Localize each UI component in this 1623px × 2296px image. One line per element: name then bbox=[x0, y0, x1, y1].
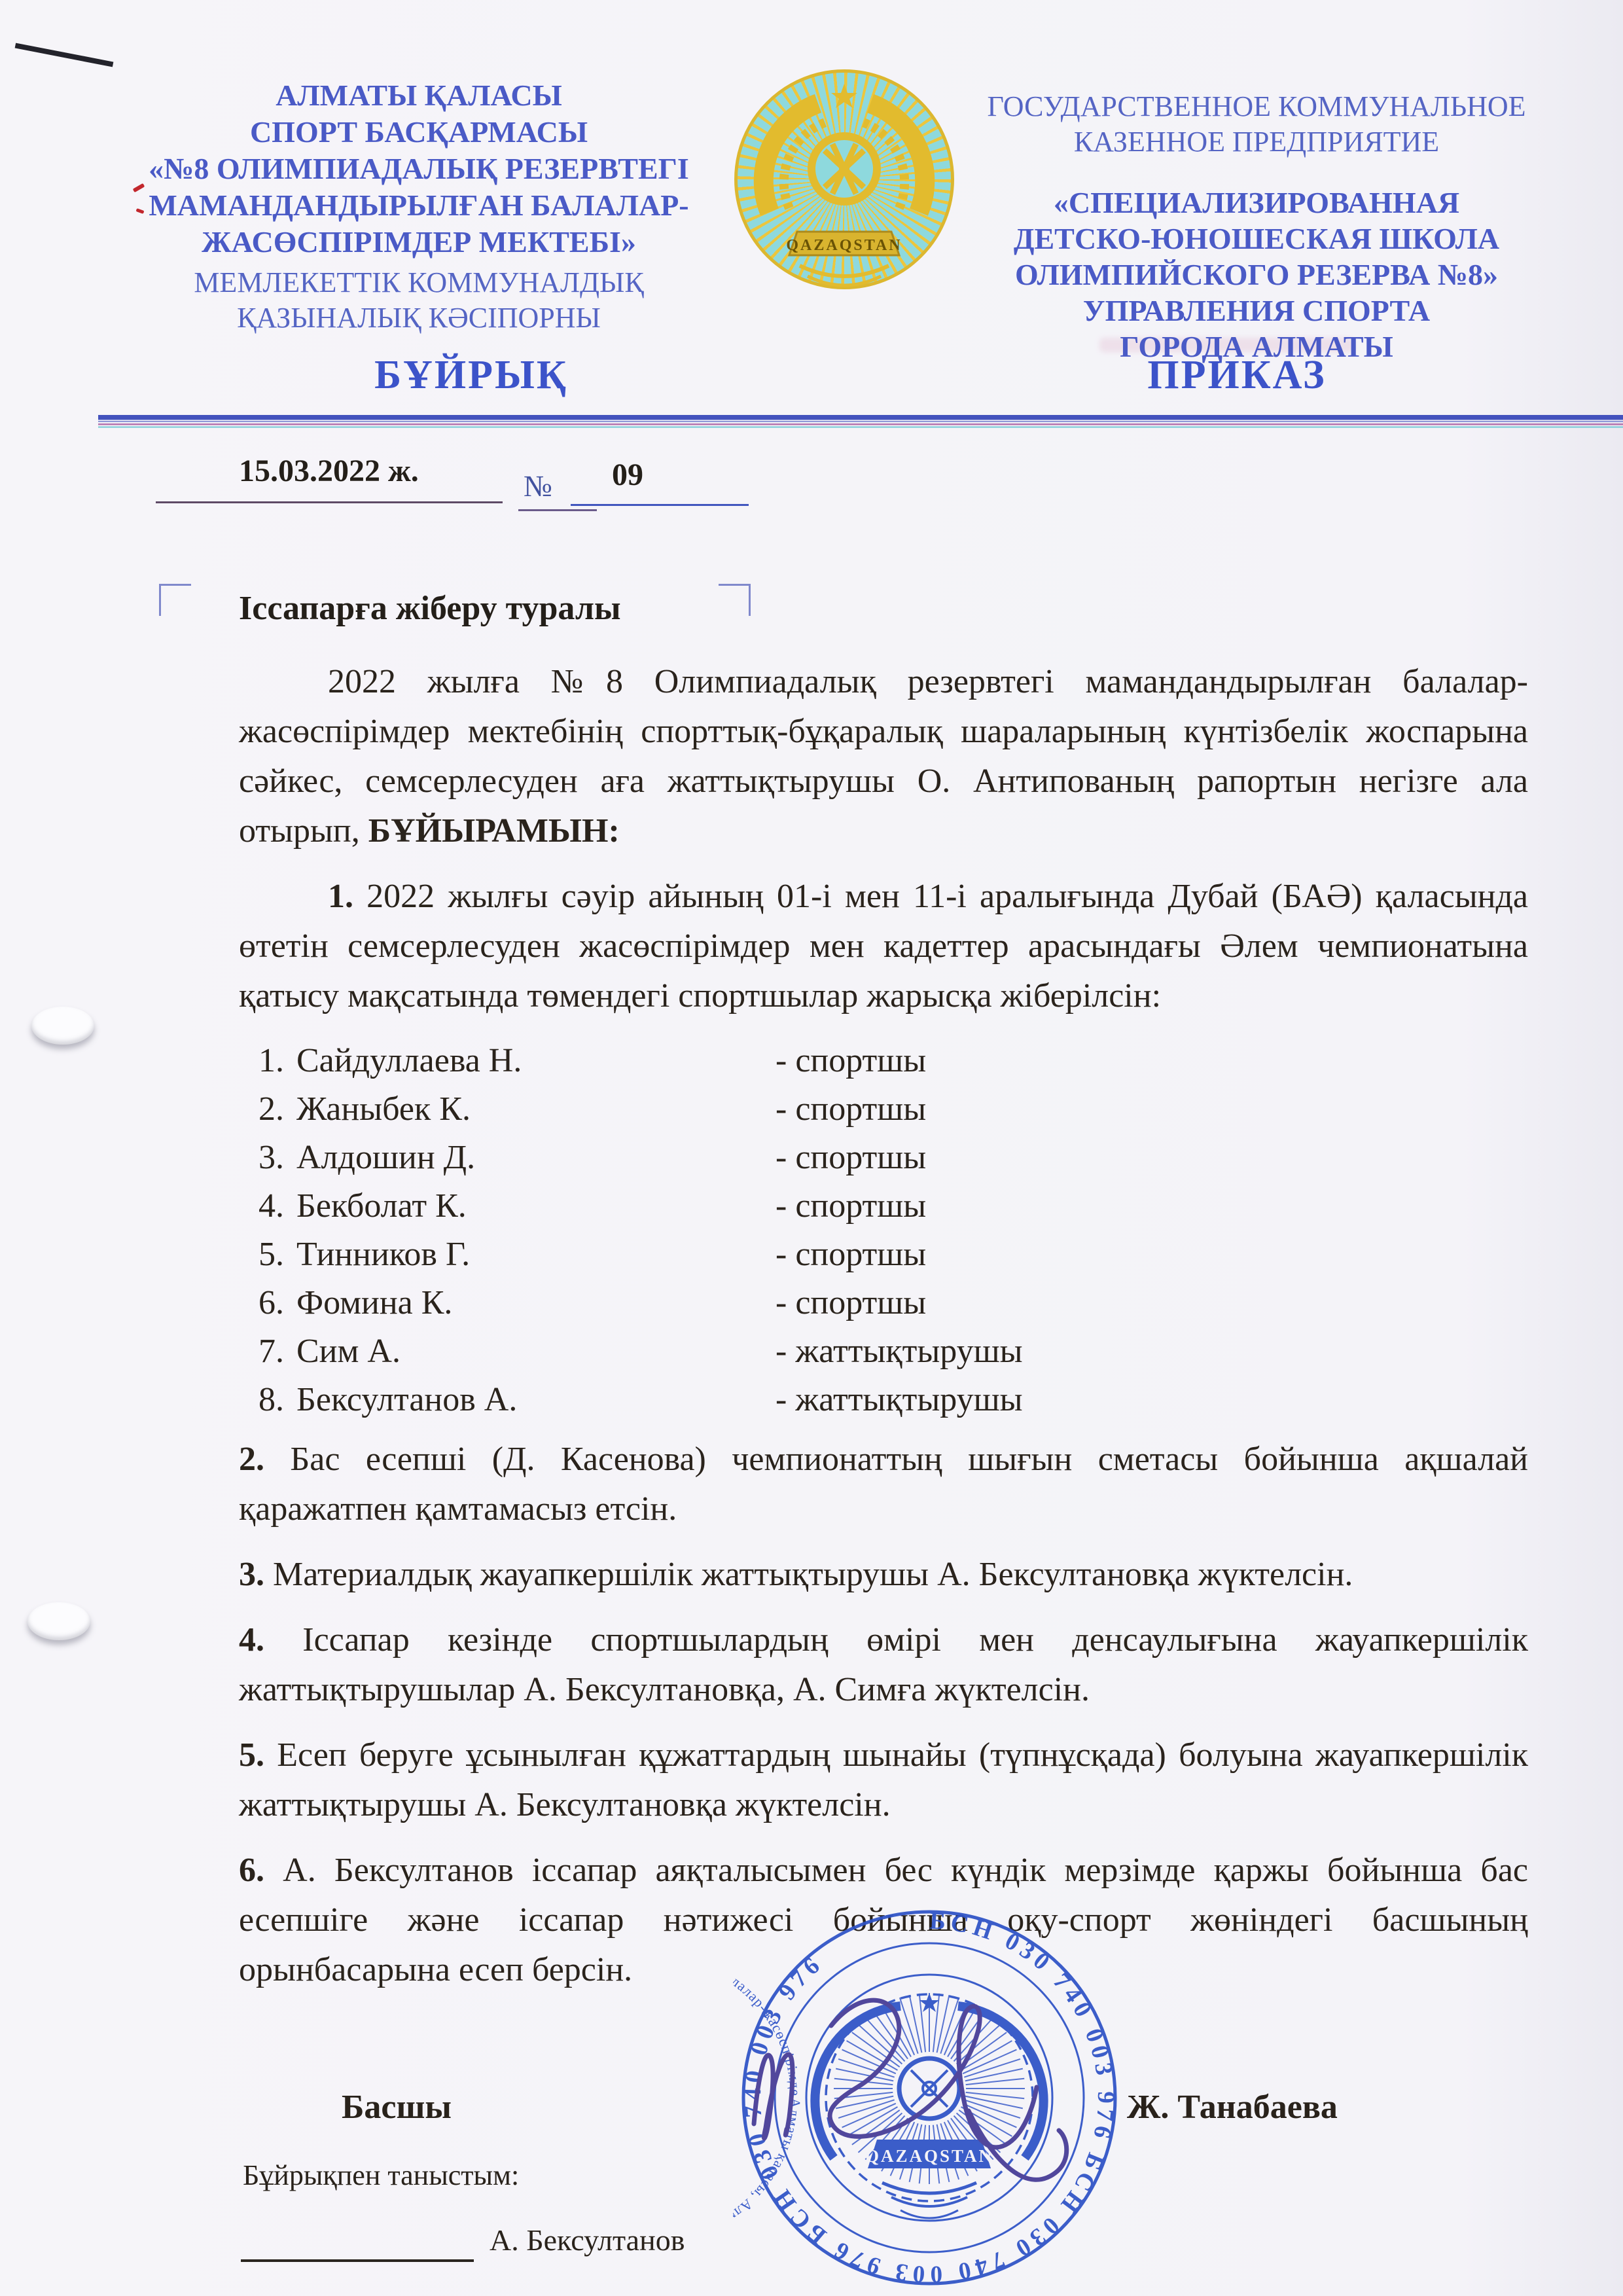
order-word-kazakh: БҰЙРЫҚ bbox=[275, 352, 668, 399]
org-line: «СПЕЦИАЛИЗИРОВАННАЯ bbox=[955, 185, 1558, 221]
signer-position: Басшы bbox=[342, 2088, 452, 2126]
roster-row: 3. Алдошин Д. - спортшы bbox=[259, 1134, 1528, 1182]
roster: 1. Сайдуллаева Н. - спортшы 2. Жаныбек К… bbox=[259, 1037, 1528, 1424]
org-line: СПОРТ БАСҚАРМАСЫ bbox=[124, 114, 713, 151]
clause-3: 3. Материалдық жауапкершілік жаттықтыруш… bbox=[239, 1550, 1528, 1600]
acknowledgement-name: А. Бексултанов bbox=[490, 2223, 685, 2257]
roster-number: 7. bbox=[259, 1327, 296, 1376]
roster-role: - жаттықтырушы bbox=[776, 1376, 1023, 1424]
acknowledgement-label: Бұйрықпен таныстым: bbox=[243, 2159, 519, 2192]
roster-row: 7. Сим А. - жаттықтырушы bbox=[259, 1327, 1528, 1376]
hole-punch bbox=[27, 1602, 90, 1640]
roster-person-name: Сим А. bbox=[296, 1327, 776, 1376]
clause-text: Есеп беруге ұсынылған құжаттардың шынайы… bbox=[239, 1736, 1528, 1823]
clause-4: 4. Іссапар кезінде спортшылардың өмірі м… bbox=[239, 1615, 1528, 1715]
clause-2: 2. Бас есепші (Д. Касенова) чемпионаттың… bbox=[239, 1435, 1528, 1534]
emblem-bottom-ornament bbox=[800, 266, 889, 285]
order-number: 09 bbox=[612, 457, 643, 493]
roster-role: - спортшы bbox=[776, 1134, 926, 1182]
roster-row: 5. Тинников Г. - спортшы bbox=[259, 1230, 1528, 1279]
org-line: ЖАСӨСПІРІМДЕР МЕКТЕБІ» bbox=[124, 224, 713, 260]
acknowledgement-signature-line bbox=[241, 2259, 474, 2262]
org-line: ДЕТСКО-ЮНОШЕСКАЯ ШКОЛА bbox=[955, 221, 1558, 257]
clause-number: 5. bbox=[239, 1736, 264, 1774]
order-date: 15.03.2022 ж. bbox=[239, 453, 419, 489]
clause-text: Іссапар кезінде спортшылардың өмірі мен … bbox=[239, 1621, 1528, 1708]
org-line: МАМАНДАНДЫРЫЛҒАН БАЛАЛАР- bbox=[124, 187, 713, 224]
clause-text: Материалдық жауапкершілік жаттықтырушы А… bbox=[264, 1556, 1353, 1593]
roster-row: 1. Сайдуллаева Н. - спортшы bbox=[259, 1037, 1528, 1085]
roster-role: - жаттықтырушы bbox=[776, 1327, 1023, 1376]
roster-person-name: Сайдуллаева Н. bbox=[296, 1037, 776, 1085]
roster-person-name: Тинников Г. bbox=[296, 1230, 776, 1279]
roster-number: 2. bbox=[259, 1085, 296, 1134]
document-title: Іссапарға жіберу туралы bbox=[239, 589, 621, 628]
roster-number: 1. bbox=[259, 1037, 296, 1085]
emblem-shanyrak bbox=[811, 136, 877, 202]
roster-role: - спортшы bbox=[776, 1037, 926, 1085]
kazakhstan-coat-of-arms: QAZAQSTAN bbox=[734, 69, 954, 289]
hole-punch bbox=[31, 1007, 94, 1045]
roster-number: 4. bbox=[259, 1182, 296, 1230]
roster-person-name: Жаныбек К. bbox=[296, 1085, 776, 1134]
roster-role: - спортшы bbox=[776, 1230, 926, 1279]
letterhead-kazakh-org-name: АЛМАТЫ ҚАЛАСЫ СПОРТ БАСҚАРМАСЫ «№8 ОЛИМП… bbox=[124, 77, 713, 260]
emblem-banner: QAZAQSTAN bbox=[786, 232, 902, 255]
roster-number: 8. bbox=[259, 1376, 296, 1424]
letterhead-kazakh-org-type: МЕМЛЕКЕТТІК КОММУНАЛДЫҚ ҚАЗЫНАЛЫҚ КӘСІПО… bbox=[124, 265, 713, 336]
org-line: «№8 ОЛИМПИАДАЛЫҚ РЕЗЕРВТЕГІ bbox=[124, 151, 713, 187]
roster-number: 6. bbox=[259, 1279, 296, 1327]
order-word-russian: ПРИКАЗ bbox=[1041, 352, 1433, 399]
stamp-banner-text: QAZAQSTAN bbox=[865, 2146, 993, 2166]
roster-person-name: Бексултанов А. bbox=[296, 1376, 776, 1424]
coat-of-arms-graphic: QAZAQSTAN bbox=[734, 69, 954, 289]
org-type-line: ГОСУДАРСТВЕННОЕ КОММУНАЛЬНОЕ bbox=[955, 89, 1558, 124]
roster-row: 2. Жаныбек К. - спортшы bbox=[259, 1085, 1528, 1134]
roster-role: - спортшы bbox=[776, 1085, 926, 1134]
clause-1: 1. 2022 жылғы сәуір айының 01-і мен 11-і… bbox=[239, 872, 1528, 1021]
date-underline bbox=[156, 501, 503, 503]
roster-number: 5. bbox=[259, 1230, 296, 1279]
letterhead-russian-org-name: «СПЕЦИАЛИЗИРОВАННАЯ ДЕТСКО-ЮНОШЕСКАЯ ШКО… bbox=[955, 185, 1558, 365]
roster-person-name: Бекболат К. bbox=[296, 1182, 776, 1230]
clause-number: 4. bbox=[239, 1621, 264, 1659]
org-type-line: КАЗЕННОЕ ПРЕДПРИЯТИЕ bbox=[955, 124, 1558, 160]
crop-mark-right bbox=[719, 584, 751, 616]
roster-number: 3. bbox=[259, 1134, 296, 1182]
clause-number: 1. bbox=[328, 878, 353, 915]
emblem-star-icon bbox=[831, 84, 857, 108]
org-type-line: МЕМЛЕКЕТТІК КОММУНАЛДЫҚ bbox=[124, 265, 713, 300]
org-line: ОЛИМПИЙСКОГО РЕЗЕРВА №8» bbox=[955, 257, 1558, 293]
roster-row: 4. Бекболат К. - спортшы bbox=[259, 1182, 1528, 1230]
roster-role: - спортшы bbox=[776, 1279, 926, 1327]
roster-person-name: Фомина К. bbox=[296, 1279, 776, 1327]
signer-name: Ж. Танабаева bbox=[1127, 2088, 1338, 2126]
clause-text: Бас есепші (Д. Касенова) чемпионаттың шы… bbox=[239, 1441, 1528, 1528]
crop-mark-left bbox=[159, 584, 191, 616]
roster-person-name: Алдошин Д. bbox=[296, 1134, 776, 1182]
document-body: 2022 жылға №8 Олимпиадалық резервтегі ма… bbox=[239, 657, 1528, 2011]
official-round-stamp: БСН 030 740 003 976 БСН 030 740 003 976 … bbox=[733, 1901, 1126, 2294]
emblem-banner-text: QAZAQSTAN bbox=[786, 237, 902, 254]
org-line: УПРАВЛЕНИЯ СПОРТА bbox=[955, 293, 1558, 329]
number-sign-underline bbox=[518, 509, 597, 511]
letterhead-divider-rule bbox=[98, 415, 1623, 429]
clause-number: 2. bbox=[239, 1441, 264, 1478]
clause-number: 6. bbox=[239, 1852, 264, 1889]
stamp-graphic: БСН 030 740 003 976 БСН 030 740 003 976 … bbox=[733, 1901, 1126, 2294]
order-verb: БҰЙЫРАМЫН: bbox=[368, 812, 620, 850]
clause-text: 2022 жылғы сәуір айының 01-і мен 11-і ар… bbox=[239, 878, 1528, 1014]
number-sign: № bbox=[524, 469, 552, 503]
scan-corner-artifact bbox=[15, 43, 114, 67]
roster-row: 6. Фомина К. - спортшы bbox=[259, 1279, 1528, 1327]
roster-row: 8. Бексултанов А. - жаттықтырушы bbox=[259, 1376, 1528, 1424]
order-number-underline bbox=[571, 504, 749, 506]
scanned-order-page: АЛМАТЫ ҚАЛАСЫ СПОРТ БАСҚАРМАСЫ «№8 ОЛИМП… bbox=[0, 0, 1623, 2296]
org-line: АЛМАТЫ ҚАЛАСЫ bbox=[124, 77, 713, 114]
clause-5: 5. Есеп беруге ұсынылған құжаттардың шын… bbox=[239, 1731, 1528, 1830]
org-type-line: ҚАЗЫНАЛЫҚ КӘСІПОРНЫ bbox=[124, 300, 713, 336]
letterhead-russian-org-type: ГОСУДАРСТВЕННОЕ КОММУНАЛЬНОЕ КАЗЕННОЕ ПР… bbox=[955, 89, 1558, 160]
preamble-paragraph: 2022 жылға №8 Олимпиадалық резервтегі ма… bbox=[239, 657, 1528, 856]
roster-role: - спортшы bbox=[776, 1182, 926, 1230]
clause-number: 3. bbox=[239, 1556, 264, 1593]
